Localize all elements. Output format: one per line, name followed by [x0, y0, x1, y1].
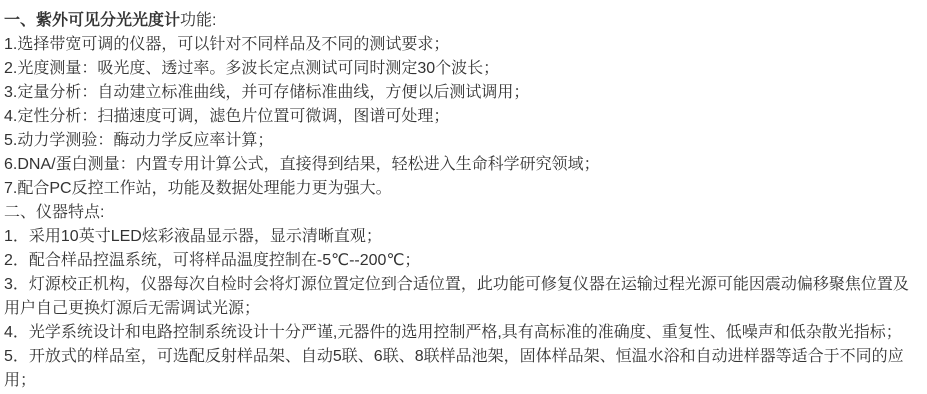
spectrophotometer-description: 一、紫外可见分光光度计功能: 1.选择带宽可调的仪器，可以针对不同样品及不同的测…: [0, 0, 927, 393]
function-item-3: 3.定量分析：自动建立标准曲线，并可存储标准曲线，方便以后测试调用；: [4, 81, 924, 105]
section-functions-heading-bold: 一、紫外可见分光光度计: [4, 12, 180, 29]
feature-item-5: 5．开放式的样品室，可选配反射样品架、自动5联、6联、8联样品池架，固体样品架、…: [4, 345, 924, 393]
function-item-6: 6.DNA/蛋白测量：内置专用计算公式，直接得到结果，轻松进入生命科学研究领域；: [4, 153, 924, 177]
feature-item-4: 4．光学系统设计和电路控制系统设计十分严谨,元器件的选用控制严格,具有高标准的准…: [4, 321, 924, 345]
section-functions-heading-regular: 功能:: [180, 12, 216, 29]
section-features-heading-regular: 二、仪器特点:: [4, 204, 104, 221]
section-features-heading: 二、仪器特点:: [4, 201, 924, 225]
feature-item-2: 2．配合样品控温系统，可将样品温度控制在-5℃--200℃；: [4, 249, 924, 273]
feature-item-3: 3．灯源校正机构，仪器每次自检时会将灯源位置定位到合适位置，此功能可修复仪器在运…: [4, 273, 924, 321]
function-item-4: 4.定性分析：扫描速度可调，滤色片位置可微调，图谱可处理；: [4, 105, 924, 129]
function-item-2: 2.光度测量：吸光度、透过率。多波长定点测试可同时测定30个波长；: [4, 57, 924, 81]
function-item-1: 1.选择带宽可调的仪器，可以针对不同样品及不同的测试要求；: [4, 33, 924, 57]
product-description-page: 一、紫外可见分光光度计功能: 1.选择带宽可调的仪器，可以针对不同样品及不同的测…: [0, 0, 927, 394]
function-item-5: 5.动力学测验：酶动力学反应率计算；: [4, 129, 924, 153]
function-item-7: 7.配合PC反控工作站，功能及数据处理能力更为强大。: [4, 177, 924, 201]
feature-item-1: 1．采用10英寸LED炫彩液晶显示器，显示清晰直观；: [4, 225, 924, 249]
section-functions-heading: 一、紫外可见分光光度计功能:: [4, 9, 924, 33]
